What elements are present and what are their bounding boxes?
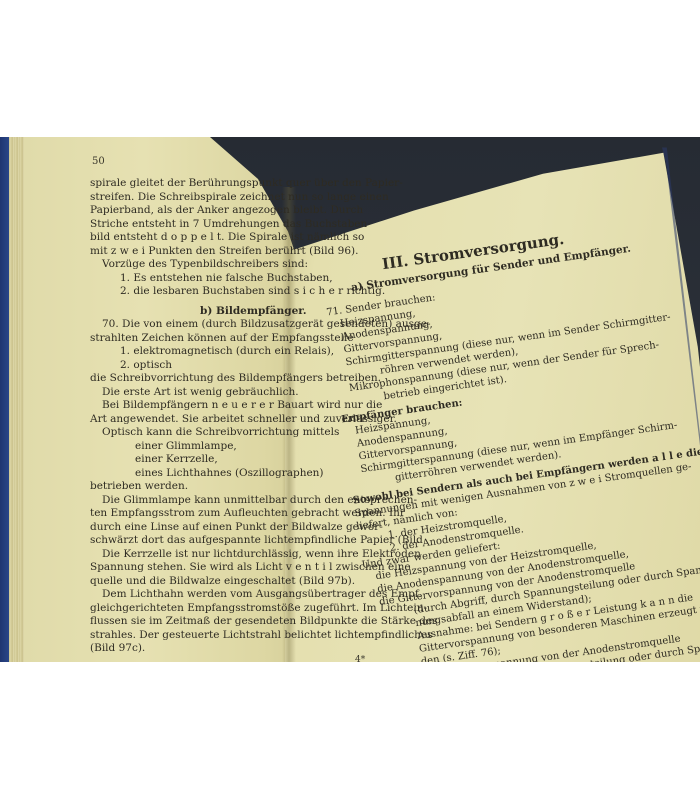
text-line: streifen. Die Schreibspirale zeichnet nu…	[90, 191, 438, 205]
text-line: Papierband, als der Anker angezogen blei…	[90, 204, 438, 218]
book-cover-edge	[0, 137, 9, 662]
text-line: spirale gleitet der Berührungspunkt quer…	[90, 177, 438, 191]
right-page-text: III. Stromversorgung. a) Stromversorgung…	[320, 216, 700, 662]
signature-mark: 4*	[355, 655, 365, 662]
text-line: Striche entsteht in 7 Umdrehungen das Bu…	[90, 218, 438, 232]
text-line: bild entsteht d o p p e l t. Die Spirale…	[90, 231, 438, 245]
page-number-left: 50	[92, 156, 105, 167]
book-photo: 50 spirale gleitet der Berührungspunkt q…	[0, 137, 700, 662]
